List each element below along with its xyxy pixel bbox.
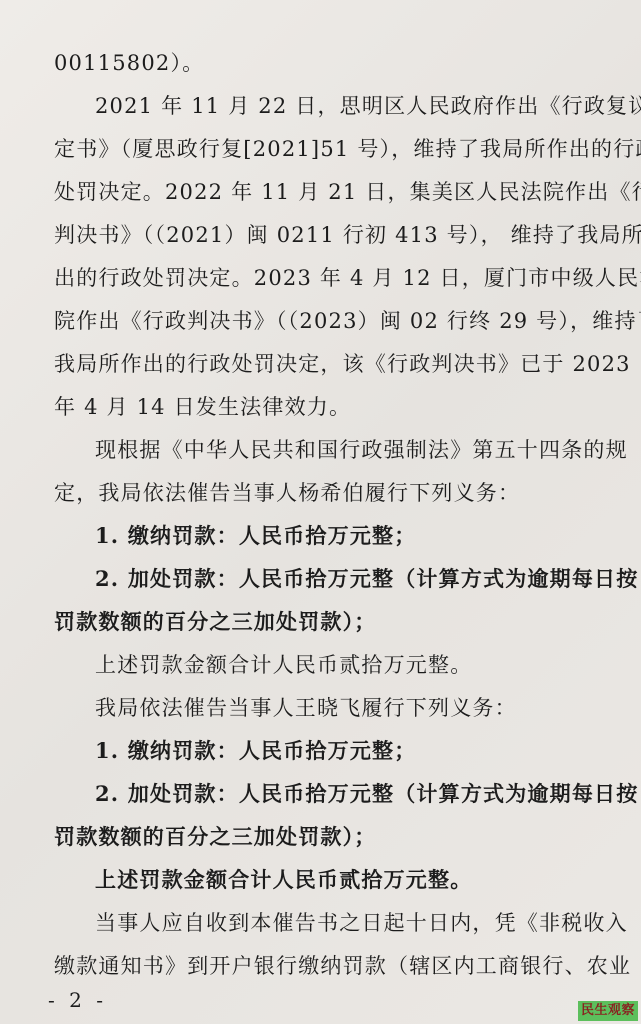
text-line: 定书》（厦思政行复[2021]51 号），维持了我局所作出的行政 bbox=[54, 136, 641, 162]
text-line: 判决书》（（2021）闽 0211 行初 413 号）， 维持了我局所作 bbox=[54, 222, 641, 248]
text-line: 定，我局依法催告当事人杨希伯履行下列义务： bbox=[54, 480, 520, 506]
text-line: 罚款数额的百分之三加处罚款）； bbox=[54, 609, 377, 635]
text-line: 罚款数额的百分之三加处罚款）； bbox=[54, 824, 377, 850]
text-line: 院作出《行政判决书》（（2023）闽 02 行终 29 号），维持了 bbox=[54, 308, 641, 334]
page-number: - 2 - bbox=[48, 988, 107, 1012]
total-line: 上述罚款金额合计人民币贰拾万元整。 bbox=[95, 652, 472, 678]
text-line: 2021 年 11 月 22 日，思明区人民政府作出《行政复议决 bbox=[95, 93, 641, 119]
obligation-item: 1. 缴纳罚款：人民币拾万元整； bbox=[95, 523, 416, 549]
total-line: 上述罚款金额合计人民币贰拾万元整。 bbox=[95, 867, 472, 893]
obligation-item: 2. 加处罚款：人民币拾万元整（计算方式为逾期每日按 bbox=[95, 566, 638, 592]
text-line: 处罚决定。2022 年 11 月 21 日，集美区人民法院作出《行政 bbox=[54, 179, 641, 205]
text-line: 出的行政处罚决定。2023 年 4 月 12 日，厦门市中级人民法 bbox=[54, 265, 641, 291]
text-line: 我局所作出的行政处罚决定，该《行政判决书》已于 2023 bbox=[54, 351, 631, 377]
document-page: 00115802）。 2021 年 11 月 22 日，思明区人民政府作出《行政… bbox=[0, 0, 641, 1024]
text-line: 当事人应自收到本催告书之日起十日内，凭《非税收入 bbox=[95, 910, 628, 936]
text-line: 我局依法催告当事人王晓飞履行下列义务： bbox=[95, 695, 517, 721]
text-line: 现根据《中华人民共和国行政强制法》第五十四条的规 bbox=[95, 437, 628, 463]
text-line: 缴款通知书》到开户银行缴纳罚款（辖区内工商银行、农业 bbox=[54, 953, 631, 979]
obligation-item: 2. 加处罚款：人民币拾万元整（计算方式为逾期每日按 bbox=[95, 781, 638, 807]
watermark-badge: 民生观察 bbox=[578, 1001, 638, 1021]
text-line: 年 4 月 14 日发生法律效力。 bbox=[54, 394, 351, 420]
text-line: 00115802）。 bbox=[54, 50, 204, 76]
obligation-item: 1. 缴纳罚款：人民币拾万元整； bbox=[95, 738, 416, 764]
